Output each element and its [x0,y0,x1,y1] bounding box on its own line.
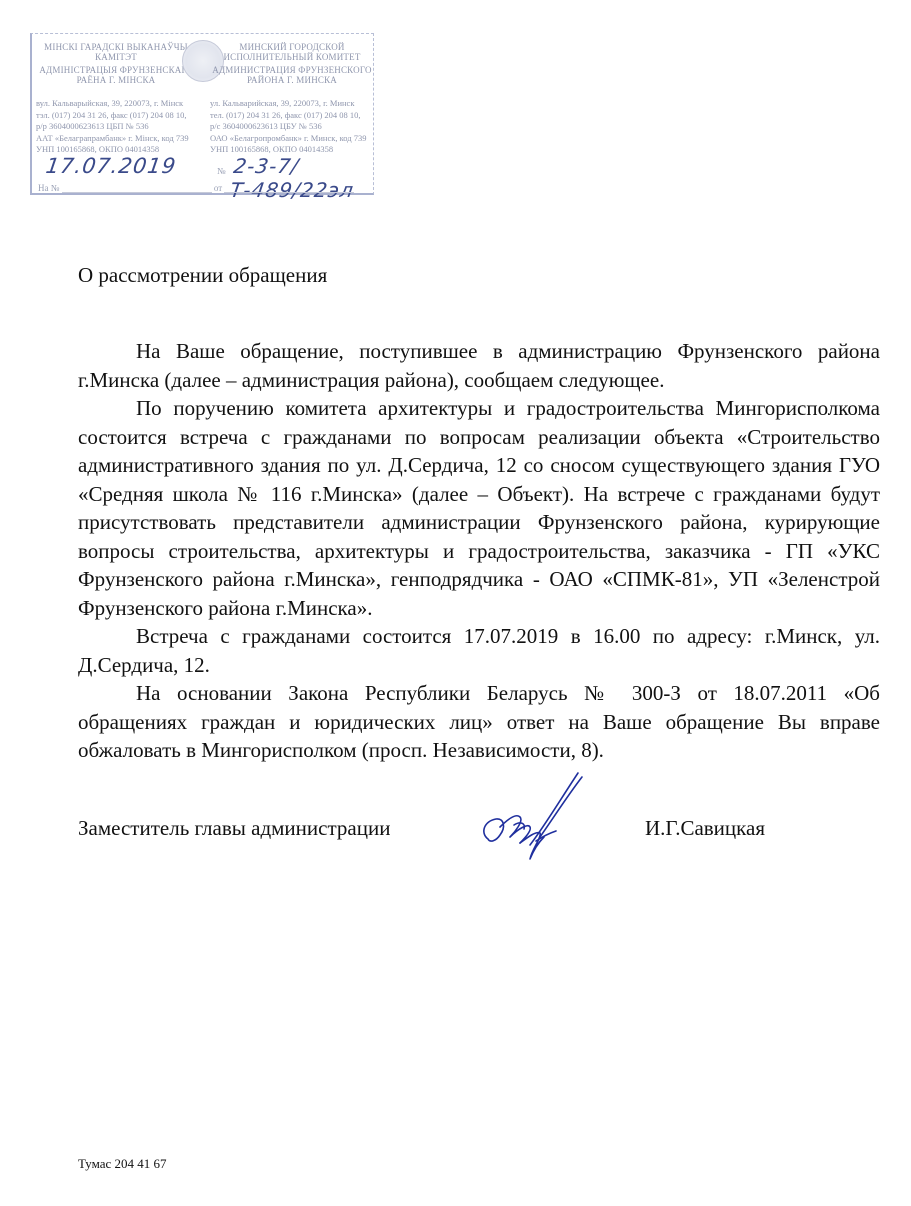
registration-stamp: Мінскі гарадскі выканаўчы камітэт Адміні… [30,33,374,195]
letter-subject: О рассмотрении обращения [78,262,327,288]
stamp-detail-line: р/р 3604000623613 ЦБП № 536 [36,121,204,133]
handwritten-outgoing-number: 2-3-7/Т-489/22эл [229,154,377,202]
ref-date-line [224,183,354,193]
stamp-org-belarusian: Мінскі гарадскі выканаўчы камітэт Адміні… [32,42,200,85]
number-prefix: № [217,166,226,176]
body-paragraph: По поручению комитета архитектуры и град… [78,394,880,622]
stamp-org-line: Минский городской исполнительный комитет [208,42,376,62]
stamp-detail-line: тэл. (017) 204 31 26, факс (017) 204 08 … [36,110,204,122]
stamp-detail-line: ОАО «Белагропромбанк» г. Минск, код 739 [210,133,378,145]
stamp-detail-line: ААТ «Белаграпрамбанк» г. Мінск, код 739 [36,133,204,145]
stamp-detail-line: р/с 3604000623613 ЦБУ № 536 [210,121,378,133]
stamp-details-belarusian: вул. Кальварыйская, 39, 220073, г. Мінск… [36,98,204,156]
stamp-detail-line: тел. (017) 204 31 26, факс (017) 204 08 … [210,110,378,122]
body-paragraph: На основании Закона Республики Беларусь … [78,679,880,765]
stamp-org-line: Мінскі гарадскі выканаўчы камітэт [32,42,200,62]
stamp-detail-line: вул. Кальварыйская, 39, 220073, г. Мінск [36,98,204,110]
stamp-detail-line: ул. Кальварийская, 39, 220073, г. Минск [210,98,378,110]
body-paragraph: Встреча с гражданами состоится 17.07.201… [78,622,880,679]
handwritten-signature-icon [470,767,590,872]
body-paragraph: На Ваше обращение, поступившее в админис… [78,337,880,394]
stamp-details-russian: ул. Кальварийская, 39, 220073, г. Минск … [210,98,378,156]
ref-number-line [62,183,212,193]
signatory-name: И.Г.Савицкая [645,815,765,841]
signatory-position: Заместитель главы администрации [78,815,390,841]
handwritten-date: 17.07.2019 [44,154,178,178]
ref-label: На № [38,183,59,193]
stamp-org-line: Адміністрацыя Фрунзенскага раёна г. Мінс… [32,65,200,85]
stamp-org-line: Администрация Фрунзенского района г. Мин… [208,65,376,85]
ref-from-label: от [214,183,222,193]
stamp-reference-row: На № от [38,183,367,193]
letter-body: На Ваше обращение, поступившее в админис… [78,337,880,765]
stamp-org-russian: Минский городской исполнительный комитет… [208,42,376,85]
signature-block: Заместитель главы администрации И.Г.Сави… [78,815,838,845]
executor-contact: Тумас 204 41 67 [78,1156,167,1172]
